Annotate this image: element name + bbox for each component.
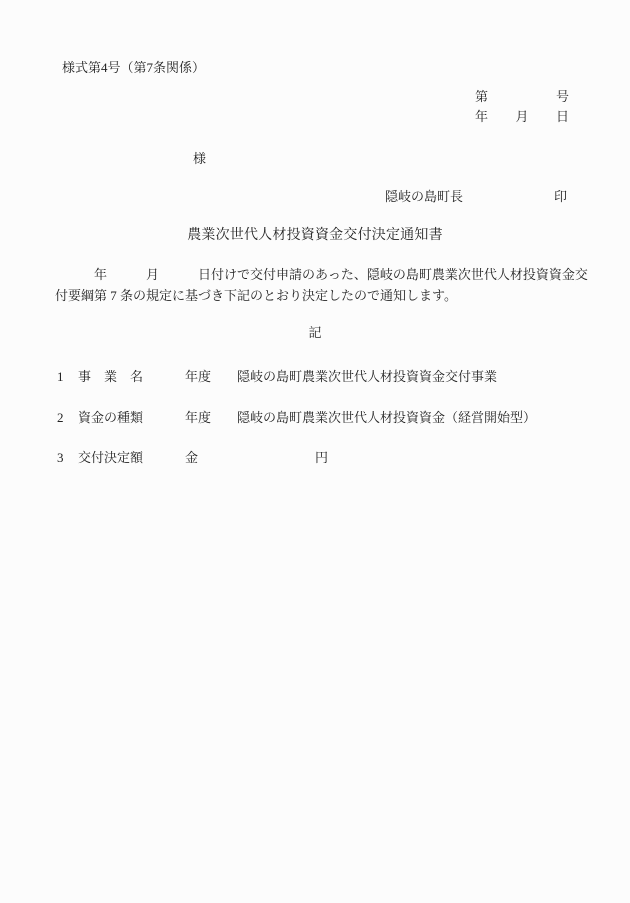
document-number-line: 第 号 xyxy=(475,86,569,105)
item-row-fund-type: 2 資金の種類 年度 隠岐の島町農業次世代人材投資資金（経営開始型） xyxy=(57,407,536,426)
item-value: 年度 隠岐の島町農業次世代人材投資資金交付事業 xyxy=(185,366,497,385)
body-paragraph: 年 月 日付けで交付申請のあった、隠岐の島町農業次世代人材投資資金交 付要綱第 … xyxy=(55,264,575,306)
item-label: 交付決定額 xyxy=(78,447,185,466)
issuer-line: 隠岐の島町長 印 xyxy=(385,186,567,205)
recipient-honorific: 様 xyxy=(193,148,206,167)
item-number: 1 xyxy=(57,369,78,385)
date-year-label: 年 xyxy=(475,106,488,125)
item-number: 2 xyxy=(57,410,78,426)
doc-number-prefix: 第 xyxy=(475,86,488,105)
date-line: 年 月 日 xyxy=(475,106,569,125)
item-label: 事 業 名 xyxy=(78,366,185,385)
item-value: 金 円 xyxy=(185,447,328,466)
document-title: 農業次世代人材投資資金交付決定通知書 xyxy=(0,224,630,244)
item-row-business-name: 1 事 業 名 年度 隠岐の島町農業次世代人材投資資金交付事業 xyxy=(57,366,497,385)
body-line-2: 付要綱第 7 条の規定に基づき下記のとおり決定したので通知します。 xyxy=(55,285,575,306)
form-number: 様式第4号（第7条関係） xyxy=(62,57,205,76)
item-number: 3 xyxy=(57,450,78,466)
issuer-name: 隠岐の島町長 xyxy=(385,186,463,205)
doc-number-suffix: 号 xyxy=(556,86,569,105)
issuer-seal-label: 印 xyxy=(554,186,567,205)
item-value: 年度 隠岐の島町農業次世代人材投資資金（経営開始型） xyxy=(185,407,536,426)
item-row-grant-amount: 3 交付決定額 金 円 xyxy=(57,447,328,466)
section-marker: 記 xyxy=(0,322,630,341)
item-label: 資金の種類 xyxy=(78,407,185,426)
document-page: 様式第4号（第7条関係） 第 号 年 月 日 様 隠岐の島町長 印 農業次世代人… xyxy=(0,0,630,903)
body-line-1: 年 月 日付けで交付申請のあった、隠岐の島町農業次世代人材投資資金交 xyxy=(55,264,575,285)
date-month-label: 月 xyxy=(515,106,528,125)
date-day-label: 日 xyxy=(556,106,569,125)
